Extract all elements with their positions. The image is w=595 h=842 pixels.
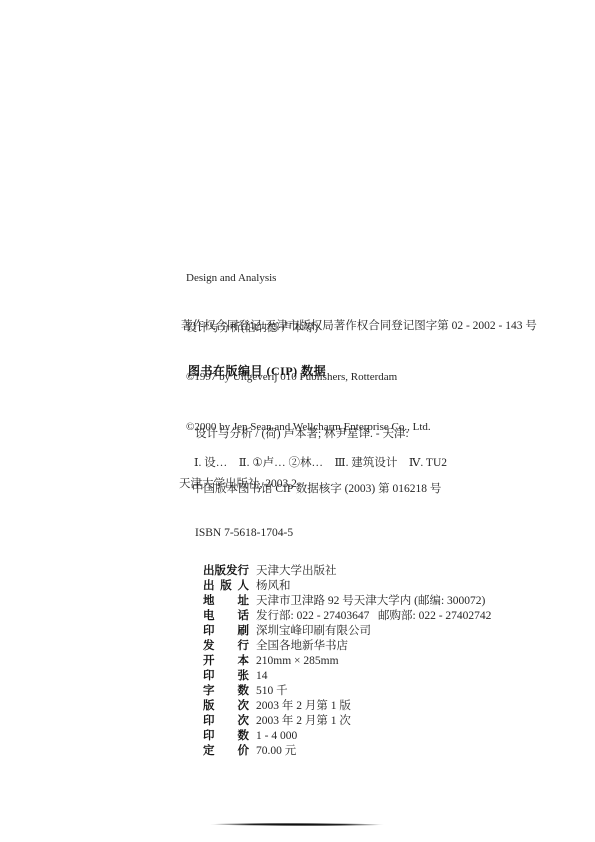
pub-row-label: 开 本 [203,654,249,669]
pub-row-value: 深圳宝峰印刷有限公司 [256,625,371,637]
book-copyright-page: Design and Analysis 设计与分析(伯纳德·卢本等) ©1997… [0,0,595,842]
pub-row-distributor: 发 行全国各地新华书店 [203,639,491,654]
pub-row-label: 出 版 人 [203,579,249,594]
pub-row-value: 天津大学出版社 [256,565,337,577]
pub-row-value: 510 千 [256,685,288,697]
pub-row-label: 印 次 [203,714,249,729]
pub-row-sheets: 印 张14 [203,669,491,684]
pub-row-value: 全国各地新华书店 [256,640,348,652]
isbn-line: ISBN 7-5618-1704-5 [179,525,409,542]
pub-row-value: 发行部: 022 - 27403647 邮购部: 022 - 27402742 [256,610,491,622]
pub-row-value: 2003 年 2 月第 1 版 [256,700,351,712]
pub-row-telephone: 电 话发行部: 022 - 27403647 邮购部: 022 - 274027… [203,609,491,624]
copyright-registration-line: 著作权合同登记:天津市版权局著作权合同登记图字第 02 - 2002 - 143… [181,317,537,333]
pub-row-wordcount: 字 数510 千 [203,684,491,699]
publication-info-block: 出版发行天津大学出版社 出 版 人杨风和 地 址天津市卫津路 92 号天津大学内… [203,564,491,759]
pub-row-print-run: 印 数1 - 4 000 [203,729,491,744]
cip-entry-line-1: 设计与分析 / (荷) 卢本著; 林尹星译. - 天津: [179,426,409,443]
pub-row-label: 印 刷 [203,624,249,639]
pub-row-value: 70.00 元 [256,745,296,757]
cip-heading: 图书在版编目 (CIP) 数据 [188,362,326,379]
pub-row-value: 天津市卫津路 92 号天津大学内 (邮编: 300072) [256,595,485,607]
pub-row-label: 字 数 [203,684,249,699]
scan-artifact-line [210,823,384,826]
cip-classification-line: Ⅰ. 设… Ⅱ. ①卢… ②林… Ⅲ. 建筑设计 Ⅳ. TU2 [194,454,447,470]
original-title: Design and Analysis [186,270,431,287]
pub-row-printing: 印 次2003 年 2 月第 1 次 [203,714,491,729]
pub-row-edition: 版 次2003 年 2 月第 1 版 [203,699,491,714]
pub-row-label: 印 张 [203,669,249,684]
pub-row-publisher: 出版发行天津大学出版社 [203,564,491,579]
pub-row-value: 1 - 4 000 [256,730,297,742]
pub-row-label: 印 数 [203,729,249,744]
pub-row-publisher-person: 出 版 人杨风和 [203,579,491,594]
pub-row-label: 出版发行 [203,564,249,579]
pub-row-printer: 印 刷深圳宝峰印刷有限公司 [203,624,491,639]
pub-row-value: 2003 年 2 月第 1 次 [256,715,351,727]
pub-row-label: 版 次 [203,699,249,714]
pub-row-label: 电 话 [203,609,249,624]
pub-row-address: 地 址天津市卫津路 92 号天津大学内 (邮编: 300072) [203,594,491,609]
pub-row-label: 定 价 [203,744,249,759]
pub-row-label: 发 行 [203,639,249,654]
pub-row-price: 定 价70.00 元 [203,744,491,759]
pub-row-value: 杨风和 [256,580,291,592]
pub-row-label: 地 址 [203,594,249,609]
cip-record-number-line: 中国版本图书馆 CIP 数据核字 (2003) 第 016218 号 [192,480,441,496]
pub-row-format: 开 本210mm × 285mm [203,654,491,669]
pub-row-value: 210mm × 285mm [256,655,339,667]
pub-row-value: 14 [256,670,268,682]
